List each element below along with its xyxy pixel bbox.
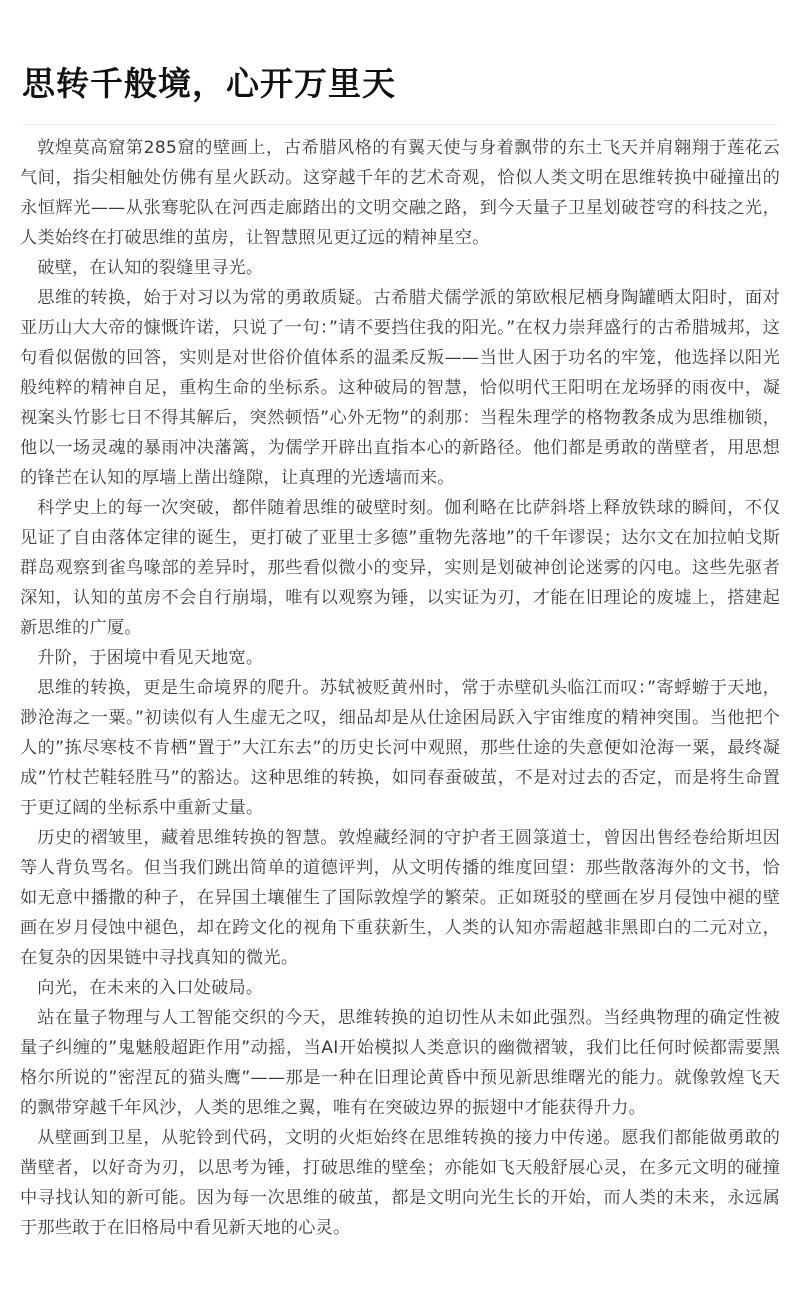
paragraph-conclusion: 从壁画到卫星，从驼铃到代码，文明的火炬始终在思维转换的接力中传递。愿我们都能做勇… xyxy=(20,1123,780,1243)
article-title: 思转千般境，心开万里天 xyxy=(20,0,780,106)
article: 思转千般境，心开万里天 敦煌莫高窟第285窟的壁画上，古希腊风格的有翼天使与身着… xyxy=(0,0,800,1243)
paragraph: 思维的转换，始于对习以为常的勇敢质疑。古希腊犬儒学派的第欧根尼栖身陶罐晒太阳时，… xyxy=(20,283,780,493)
section-heading-break-wall: 破壁，在认知的裂缝里寻光。 xyxy=(20,253,780,283)
paragraph: 科学史上的每一次突破，都伴随着思维的破壁时刻。伽利略在比萨斜塔上释放铁球的瞬间，… xyxy=(20,493,780,643)
section-heading-toward-light: 向光，在未来的入口处破局。 xyxy=(20,973,780,1003)
paragraph: 思维的转换，更是生命境界的爬升。苏轼被贬黄州时，常于赤壁矶头临江而叹：”寄蜉蝣于… xyxy=(20,673,780,823)
article-body: 敦煌莫高窟第285窟的壁画上，古希腊风格的有翼天使与身着飘带的东土飞天并肩翱翔于… xyxy=(20,125,780,1243)
section-heading-ascend: 升阶，于困境中看见天地宽。 xyxy=(20,643,780,673)
paragraph: 站在量子物理与人工智能交织的今天，思维转换的迫切性从未如此强烈。当经典物理的确定… xyxy=(20,1003,780,1123)
paragraph-intro: 敦煌莫高窟第285窟的壁画上，古希腊风格的有翼天使与身着飘带的东土飞天并肩翱翔于… xyxy=(20,133,780,253)
paragraph: 历史的褶皱里，藏着思维转换的智慧。敦煌藏经洞的守护者王圆箓道士，曾因出售经卷给斯… xyxy=(20,823,780,973)
